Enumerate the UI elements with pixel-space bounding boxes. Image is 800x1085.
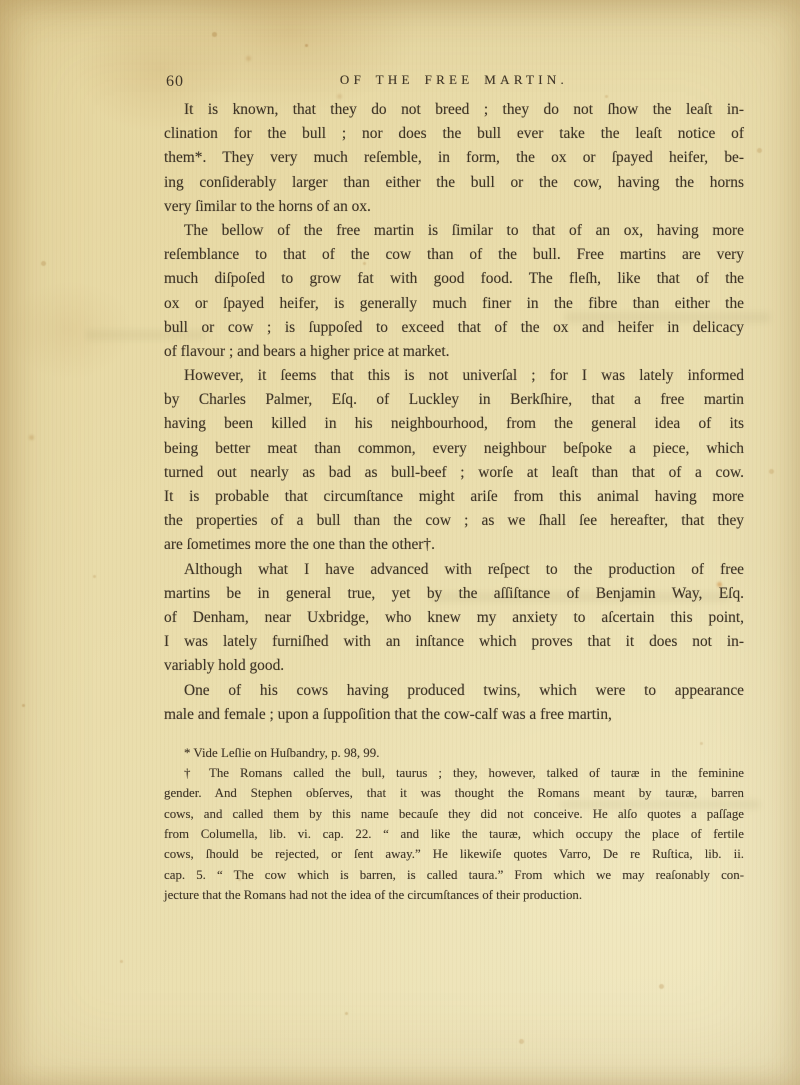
body-line: ing conſiderably larger than either the …: [164, 171, 744, 195]
body-line: much diſpoſed to grow fat with good food…: [164, 267, 744, 291]
body-line: However, it ſeems that this is not unive…: [164, 364, 744, 388]
footnote-line: from Columella, lib. vi. cap. 22. “ and …: [164, 824, 744, 844]
body-line: One of his cows having produced twins, w…: [164, 679, 744, 703]
page-number: 60: [166, 73, 184, 91]
body-line: I was lately furniſhed with an inſtance …: [164, 630, 744, 654]
body-line: turned out nearly as bad as bull-beef ; …: [164, 461, 744, 485]
body-line: ox or ſpayed heifer, is generally much f…: [164, 292, 744, 316]
paragraph: However, it ſeems that this is not unive…: [164, 364, 744, 558]
running-head: 60 OF THE FREE MARTIN.: [164, 72, 744, 98]
running-title: OF THE FREE MARTIN.: [164, 72, 744, 88]
body-line: them*. They very much reſemble, in form,…: [164, 146, 744, 170]
body-line: bull or cow ; is ſuppoſed to exceed that…: [164, 316, 744, 340]
body-line: very ſimilar to the horns of an ox.: [164, 195, 744, 219]
body-line: male and female ; upon a ſuppoſition tha…: [164, 703, 744, 727]
body-line: variably hold good.: [164, 654, 744, 678]
body-line: are ſometimes more the one than the othe…: [164, 533, 744, 557]
footnote-line: jecture that the Romans had not the idea…: [164, 885, 744, 905]
paragraph: One of his cows having produced twins, w…: [164, 679, 744, 727]
footnote-line: gender. And Stephen obſerves, that it wa…: [164, 783, 744, 803]
body-line: It is known, that they do not breed ; th…: [164, 98, 744, 122]
paragraph: Although what I have advanced with reſpe…: [164, 558, 744, 679]
body-line: Although what I have advanced with reſpe…: [164, 558, 744, 582]
foxing-specks: [0, 0, 3, 3]
body-line: clination for the bull ; nor does the bu…: [164, 122, 744, 146]
body-line: of flavour ; and bears a higher price at…: [164, 340, 744, 364]
paragraph: It is known, that they do not breed ; th…: [164, 98, 744, 219]
text-block: It is known, that they do not breed ; th…: [164, 98, 744, 905]
body-line: of Denham, near Uxbridge, who knew my an…: [164, 606, 744, 630]
paragraphs: It is known, that they do not breed ; th…: [164, 98, 744, 727]
footnote-line: * Vide Leſlie on Huſbandry, p. 98, 99.: [164, 743, 744, 763]
body-line: martins be in general true, yet by the a…: [164, 582, 744, 606]
body-line: having been killed in his neighbourhood,…: [164, 412, 744, 436]
body-line: being better meat than common, every nei…: [164, 437, 744, 461]
body-line: by Charles Palmer, Eſq. of Luckley in Be…: [164, 388, 744, 412]
footnotes: * Vide Leſlie on Huſbandry, p. 98, 99.† …: [164, 743, 744, 905]
body-line: the properties of a bull than the cow ; …: [164, 509, 744, 533]
body-line: reſemblance to that of the cow than of t…: [164, 243, 744, 267]
body-line: The bellow of the free martin is ſimilar…: [164, 219, 744, 243]
book-page: 60 OF THE FREE MARTIN. It is known, that…: [0, 0, 800, 1085]
footnote-line: cows, ſhould be rejected, or ſent away.”…: [164, 844, 744, 864]
paragraph: The bellow of the free martin is ſimilar…: [164, 219, 744, 364]
footnote-line: cows, and called them by this name becau…: [164, 804, 744, 824]
footnote: * Vide Leſlie on Huſbandry, p. 98, 99.: [164, 743, 744, 763]
body-line: It is probable that circumſtance might a…: [164, 485, 744, 509]
footnote-line: cap. 5. “ The cow which is barren, is ca…: [164, 865, 744, 885]
footnote-line: † The Romans called the bull, taurus ; t…: [164, 763, 744, 783]
footnote: † The Romans called the bull, taurus ; t…: [164, 763, 744, 905]
